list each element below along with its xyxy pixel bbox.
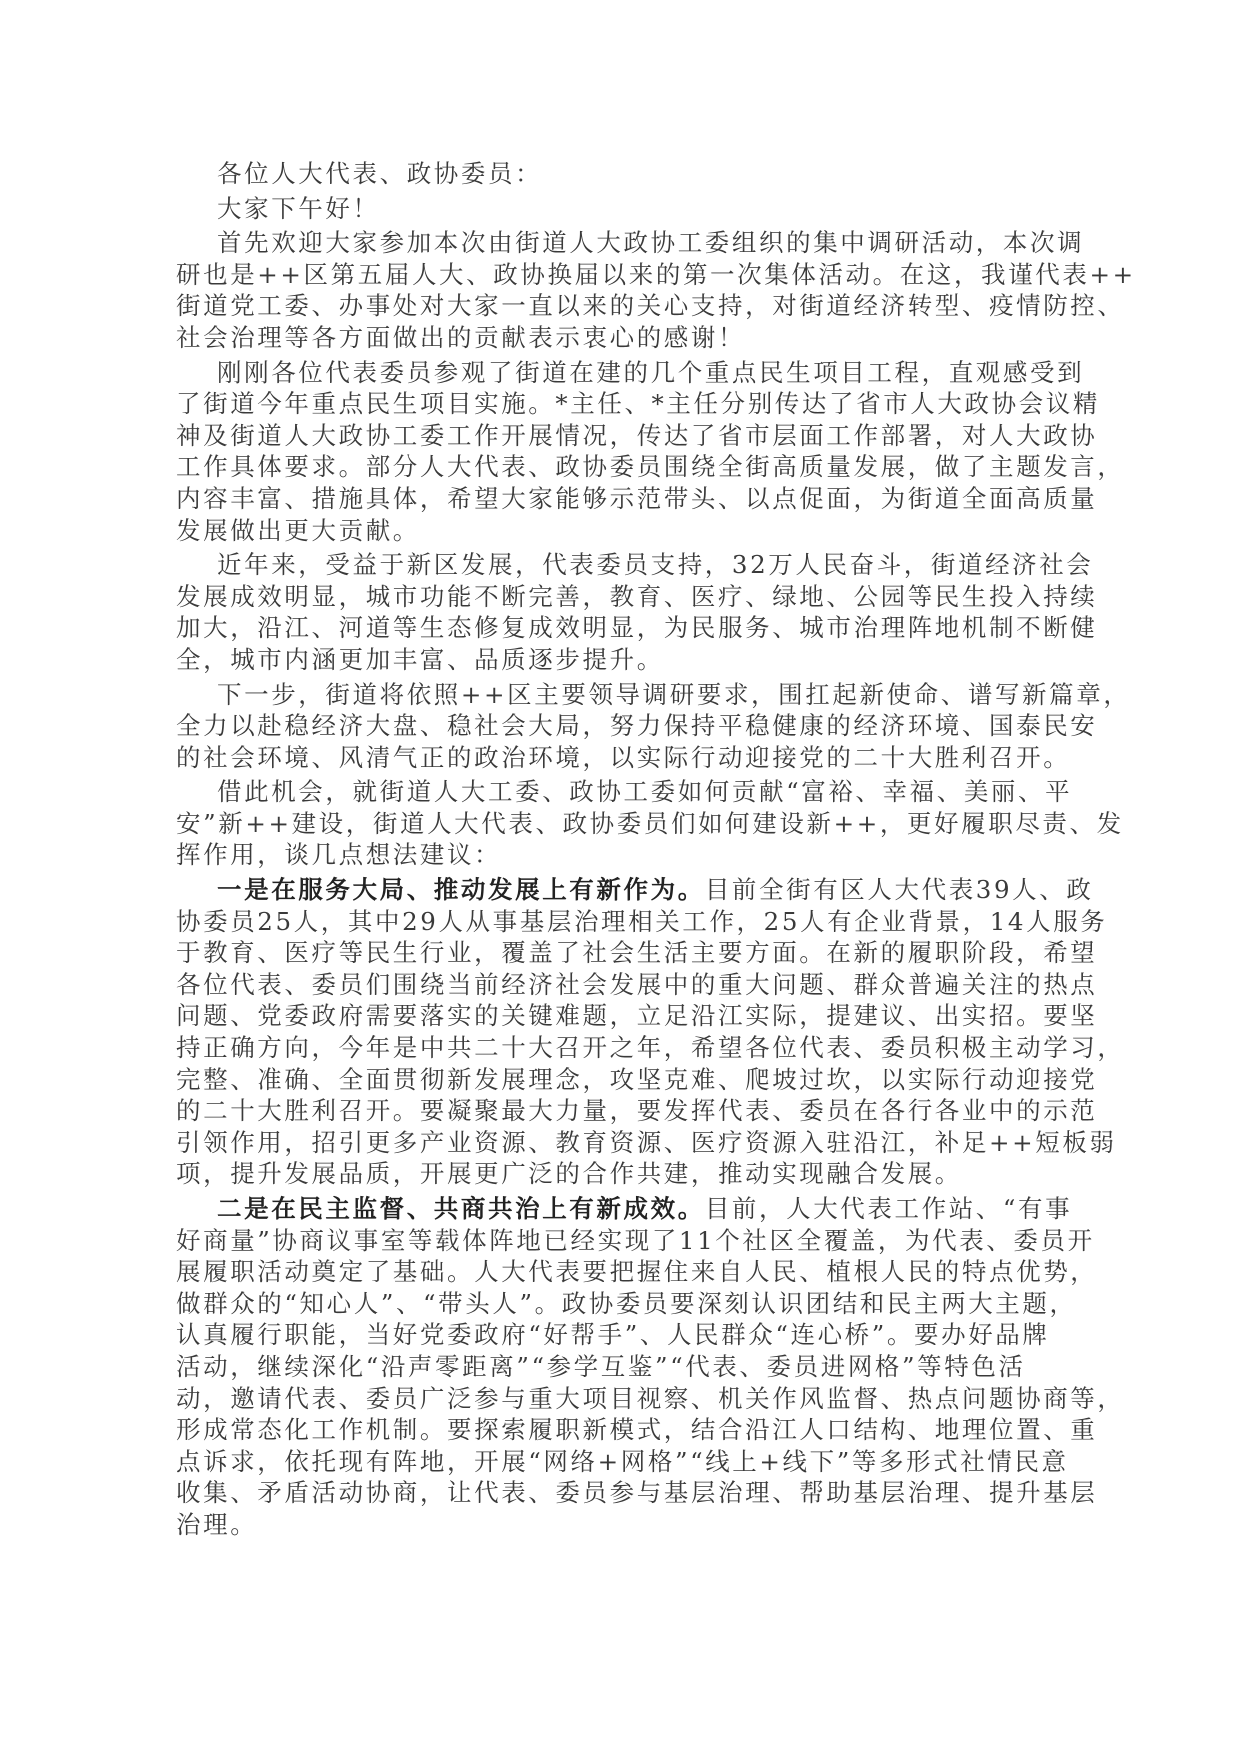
point-two-paragraph: 二是在民主监督、共商共治上有新成效。目前，人大代表工作站、“有事 好商量”协商议…	[176, 1193, 1096, 1541]
paragraph-first-line: 一是在服务大局、推动发展上有新作为。目前全街有区人大代表39人、政	[176, 874, 1096, 906]
suggestions-intro-paragraph: 借此机会，就街道人大工委、政协工委如何贡献“富裕、幸福、美丽、平 安”新++建设…	[176, 776, 1096, 871]
paragraph-line: 工作具体要求。部分人大代表、政协委员围绕全街高质量发展，做了主题发言，	[176, 451, 1096, 483]
paragraph-line: 动，邀请代表、委员广泛参与重大项目视察、机关作风监督、热点问题协商等，	[176, 1383, 1096, 1415]
paragraph-line: 加大，沿江、河道等生态修复成效明显，为民服务、城市治理阵地机制不断健	[176, 612, 1096, 644]
recent-years-paragraph: 近年来，受益于新区发展，代表委员支持，32万人民奋斗，街道经济社会 发展成效明显…	[176, 549, 1096, 675]
paragraph-line: 引领作用，招引更多产业资源、教育资源、医疗资源入驻沿江，补足++短板弱	[176, 1127, 1096, 1159]
paragraph-line: 的二十大胜利召开。要凝聚最大力量，要发挥代表、委员在各行各业中的示范	[176, 1095, 1096, 1127]
point-one-heading: 一是在服务大局、推动发展上有新作为。	[217, 875, 705, 904]
paragraph-line: 近年来，受益于新区发展，代表委员支持，32万人民奋斗，街道经济社会	[176, 549, 1096, 581]
paragraph-line: 持正确方向，今年是中共二十大召开之年，希望各位代表、委员积极主动学习，	[176, 1032, 1096, 1064]
paragraph-line: 展履职活动奠定了基础。人大代表要把握住来自人民、植根人民的特点优势，	[176, 1256, 1096, 1288]
paragraph-line: 好商量”协商议事室等载体阵地已经实现了11个社区全覆盖，为代表、委员开	[176, 1225, 1096, 1257]
visit-review-paragraph: 刚刚各位代表委员参观了街道在建的几个重点民生项目工程，直观感受到 了街道今年重点…	[176, 357, 1096, 547]
paragraph-line: 发展做出更大贡献。	[176, 515, 1096, 547]
paragraph-line: 安”新++建设，街道人大代表、政协委员们如何建设新++，更好履职尽责、发	[176, 808, 1096, 840]
salutation-line: 各位人大代表、政协委员：	[176, 158, 1096, 190]
paragraph-line: 刚刚各位代表委员参观了街道在建的几个重点民生项目工程，直观感受到	[176, 357, 1096, 389]
greeting-line: 大家下午好！	[176, 193, 1096, 225]
paragraph-line: 各位代表、委员们围绕当前经济社会发展中的重大问题、群众普遍关注的热点	[176, 969, 1096, 1001]
point-two-lead: 目前，人大代表工作站、“有事	[705, 1194, 1072, 1223]
document-page: 各位人大代表、政协委员： 大家下午好！ 首先欢迎大家参加本次由街道人大政协工委组…	[0, 0, 1240, 1754]
paragraph-line: 借此机会，就街道人大工委、政协工委如何贡献“富裕、幸福、美丽、平	[176, 776, 1096, 808]
paragraph-line: 的社会环境、风清气正的政治环境，以实际行动迎接党的二十大胜利召开。	[176, 742, 1096, 774]
paragraph-line: 项，提升发展品质，开展更广泛的合作共建，推动实现融合发展。	[176, 1158, 1096, 1190]
paragraph-line: 做群众的“知心人”、“带头人”。政协委员要深刻认识团结和民主两大主题，	[176, 1288, 1096, 1320]
paragraph-line: 问题、党委政府需要落实的关键难题，立足沿江实际，提建议、出实招。要坚	[176, 1000, 1096, 1032]
greeting-paragraph: 大家下午好！	[176, 193, 1096, 225]
point-two-heading: 二是在民主监督、共商共治上有新成效。	[217, 1194, 705, 1223]
paragraph-line: 研也是++区第五届人大、政协换届以来的第一次集体活动。在这，我谨代表++	[176, 259, 1096, 291]
paragraph-first-line: 二是在民主监督、共商共治上有新成效。目前，人大代表工作站、“有事	[176, 1193, 1096, 1225]
paragraph-line: 形成常态化工作机制。要探索履职新模式，结合沿江人口结构、地理位置、重	[176, 1414, 1096, 1446]
paragraph-line: 街道党工委、办事处对大家一直以来的关心支持，对街道经济转型、疫情防控、	[176, 290, 1096, 322]
paragraph-line: 治理。	[176, 1509, 1096, 1541]
paragraph-line: 挥作用，谈几点想法建议：	[176, 839, 1096, 871]
paragraph-line: 神及街道人大政协工委工作开展情况，传达了省市层面工作部署，对人大政协	[176, 420, 1096, 452]
paragraph-line: 社会治理等各方面做出的贡献表示衷心的感谢！	[176, 322, 1096, 354]
paragraph-line: 完整、准确、全面贯彻新发展理念，攻坚克难、爬坡过坎，以实际行动迎接党	[176, 1064, 1096, 1096]
paragraph-line: 于教育、医疗等民生行业，覆盖了社会生活主要方面。在新的履职阶段，希望	[176, 937, 1096, 969]
paragraph-line: 认真履行职能，当好党委政府“好帮手”、人民群众“连心桥”。要办好品牌	[176, 1319, 1096, 1351]
paragraph-line: 内容丰富、措施具体，希望大家能够示范带头、以点促面，为街道全面高质量	[176, 483, 1096, 515]
paragraph-line: 收集、矛盾活动协商，让代表、委员参与基层治理、帮助基层治理、提升基层	[176, 1477, 1096, 1509]
paragraph-line: 活动，继续深化“沿声零距离”“参学互鉴”“代表、委员进网格”等特色活	[176, 1351, 1096, 1383]
next-step-paragraph: 下一步，街道将依照++区主要领导调研要求，围扛起新使命、谱写新篇章， 全力以赴稳…	[176, 679, 1096, 774]
document-body: 各位人大代表、政协委员： 大家下午好！ 首先欢迎大家参加本次由街道人大政协工委组…	[176, 158, 1096, 1544]
paragraph-line: 了街道今年重点民生项目实施。*主任、*主任分别传达了省市人大政协会议精	[176, 388, 1096, 420]
welcome-paragraph: 首先欢迎大家参加本次由街道人大政协工委组织的集中调研活动，本次调 研也是++区第…	[176, 227, 1096, 353]
paragraph-line: 点诉求，依托现有阵地，开展“网络+网格”“线上+线下”等多形式社情民意	[176, 1446, 1096, 1478]
salutation-paragraph: 各位人大代表、政协委员：	[176, 158, 1096, 190]
point-one-paragraph: 一是在服务大局、推动发展上有新作为。目前全街有区人大代表39人、政 协委员25人…	[176, 874, 1096, 1190]
paragraph-line: 首先欢迎大家参加本次由街道人大政协工委组织的集中调研活动，本次调	[176, 227, 1096, 259]
paragraph-line: 发展成效明显，城市功能不断完善，教育、医疗、绿地、公园等民生投入持续	[176, 581, 1096, 613]
paragraph-line: 协委员25人，其中29人从事基层治理相关工作，25人有企业背景，14人服务	[176, 906, 1096, 938]
paragraph-line: 下一步，街道将依照++区主要领导调研要求，围扛起新使命、谱写新篇章，	[176, 679, 1096, 711]
paragraph-line: 全力以赴稳经济大盘、稳社会大局，努力保持平稳健康的经济环境、国泰民安	[176, 710, 1096, 742]
paragraph-line: 全，城市内涵更加丰富、品质逐步提升。	[176, 644, 1096, 676]
point-one-lead: 目前全街有区人大代表39人、政	[705, 875, 1094, 904]
